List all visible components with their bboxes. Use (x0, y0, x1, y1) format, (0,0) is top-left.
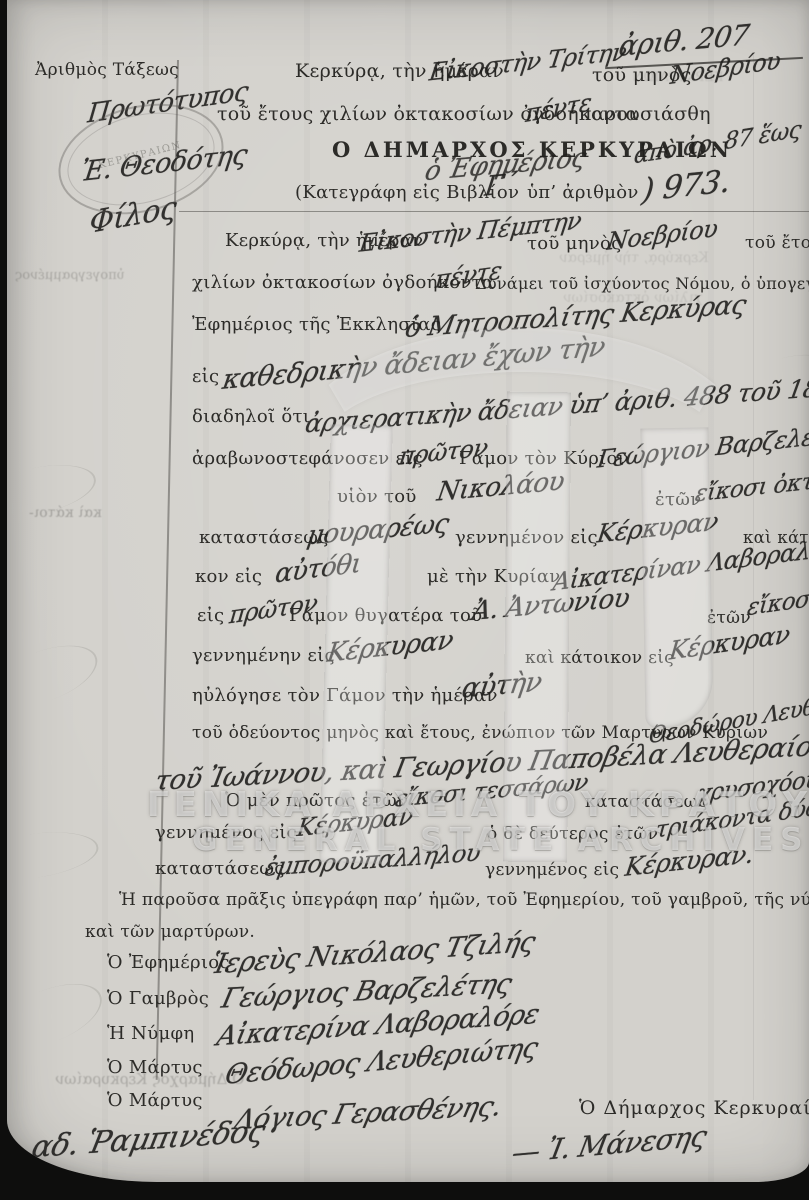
handwritten-bride-birthplace: Κέρκυραν (325, 625, 455, 669)
handwritten-bride-age: εἴκοσι (746, 585, 809, 622)
mayor-signature-label: Ὁ Δήμαρχος Κερκυραίων (579, 1097, 809, 1119)
handwritten-register-number: ) 973. (640, 163, 731, 209)
register-number-label: ὑπ’ ἀριθμὸν (527, 182, 639, 203)
body-first-witness-born-label: γεννημένος εἰς (155, 822, 297, 843)
handwritten-mayor-signature: — Ἰ. Μάνεσης (509, 1119, 709, 1170)
body-son-of-label: υἱὸν τοῦ (337, 486, 417, 507)
handwritten-groom-name: Γεώργιον Βαρζελέτην (596, 418, 809, 474)
ink-bleed-stroke (7, 633, 105, 718)
body-bride-eis-label: εἰς (197, 605, 224, 626)
stamp-text: ΚΕΡΚΥΡΑΙΩΝ (59, 130, 221, 180)
body-signing-clause: Ἡ παροῦσα πρᾶξις ὑπεγράφη παρ’ ἡμῶν, τοῦ… (119, 890, 809, 910)
body-resident-label: κον εἰς (195, 566, 262, 587)
witness2-signature-label: Ὁ Μάρτυς (107, 1090, 203, 1111)
body-crowned-label: ἀραβωνοστεφάνοσεν εἰς (192, 448, 423, 469)
bride-signature-label: Ἡ Νύμφη (107, 1023, 194, 1044)
body-declares-label: διαδηλοῖ ὅτι (192, 406, 310, 427)
body-law-clause: Δυνάμει τοῦ ἰσχύοντος Νόμου, ὁ ὑπογεγραμ… (475, 274, 809, 293)
handwritten-register-book: Γ´ (483, 168, 519, 203)
handwritten-second-witness-occupation: ἐμποροϋπαλλήλου (263, 838, 483, 881)
body-year-label: τοῦ ἔτους (745, 233, 809, 253)
header-presented-label: παρουσιάσθη (579, 103, 711, 125)
handwritten-bride-father: Ἀ. Ἀντωνίου (470, 583, 632, 627)
body-bride-born-label: γεννημένην εἰς (192, 645, 335, 666)
handwritten-groom-age: εἴκοσι ὀκτὼ (694, 467, 809, 508)
handwritten-second-witness-birthplace: Κέρκυραν. (623, 839, 755, 882)
witness1-signature-label: Ὁ Μάρτυς (107, 1057, 203, 1078)
handwritten-groom-residence: αὐτόθι (273, 548, 362, 589)
paper-crease (753, 55, 754, 1100)
body-eis-label: εἰς (192, 366, 219, 387)
body-bride-resident-label: καὶ κάτοικον εἰς (525, 648, 674, 668)
body-with-lady-label: μὲ τὴν Κυρίαν (427, 566, 561, 587)
handwritten-witness2-signature: Λόγιος Γερασθένης. (232, 1091, 505, 1136)
form-horizontal-rule (179, 211, 809, 212)
body-second-witness-age-label: ὁ δὲ δεύτερος ἐτῶν (487, 824, 658, 844)
body-first-witness-occupation-label: καταστάσεως (585, 792, 708, 812)
ghost-text-reverse-side: ὑπογεγραμμένος (15, 268, 125, 283)
handwritten-groom-birthplace: Κέρκυραν (595, 506, 720, 548)
handwritten-groom-occupation: μουραρέως (305, 509, 451, 552)
document-page: ὑπογεγραμμένος καὶ κάτοι- Ὁ Δήμαρχος Κερ… (7, 0, 809, 1182)
body-signing-clause-end: καὶ τῶν μαρτύρων. (85, 922, 255, 942)
ink-bleed-stroke (7, 971, 111, 1061)
handwritten-clerk-signature: αδ. Ῥαμπινέδος (28, 1114, 268, 1166)
body-second-witness-born-label: γεννημένος εἰς (485, 860, 619, 880)
groom-signature-label: Ὁ Γαμβρὸς (107, 988, 209, 1009)
body-groom-born-label: γεννημένον εἰς (455, 527, 598, 548)
handwritten-wedding-day: αὐτὴν (460, 666, 544, 705)
ink-bleed-stroke (7, 825, 101, 887)
handwritten-groom-father: Νικολάου (435, 466, 567, 508)
order-number-label: Ἀριθμὸς Τάξεως (35, 60, 179, 80)
body-blessed-marriage-label: ηὐλόγησε τὸν Γάμον τὴν ἡμέραν (192, 685, 498, 706)
scanned-document-background: { "colors": {"paper": "#d3d1cc", "print_… (0, 0, 809, 1200)
body-daughter-of-label: Γάμον θυγατέρα τοῦ (289, 605, 482, 626)
